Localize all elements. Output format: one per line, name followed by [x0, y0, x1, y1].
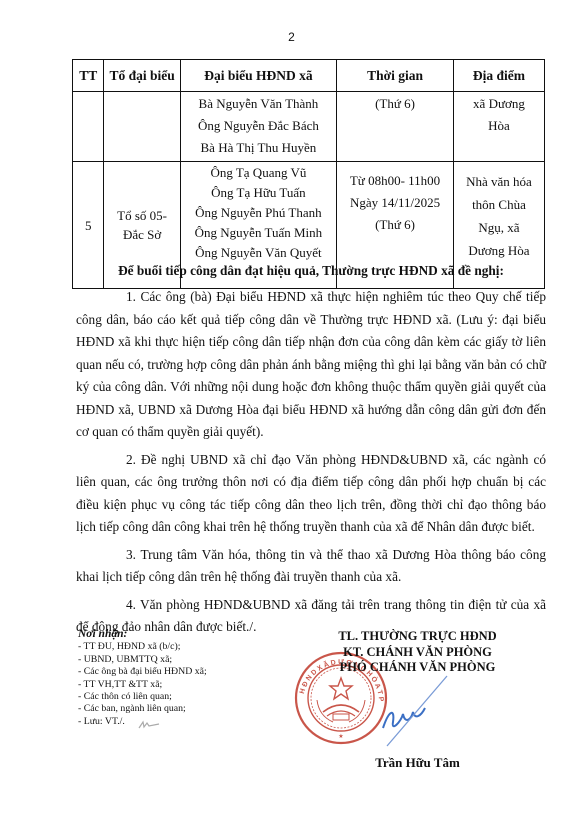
table-header-row: TT Tổ đại biểu Đại biểu HĐND xã Thời gia… — [73, 60, 545, 92]
delegate-name: Ông Nguyễn Phú Thanh — [183, 203, 334, 223]
recipient-item: - TT ĐU, HĐND xã (b/c); — [78, 641, 207, 653]
location-line: Nhà văn hóa — [456, 170, 542, 193]
location-line: xã Dương — [456, 93, 542, 115]
recipient-item: - Các thôn có liên quan; — [78, 691, 207, 703]
signer-name: Trần Hữu Tâm — [290, 755, 545, 771]
recipient-item: - UBND, UBMTTQ xã; — [78, 654, 207, 666]
recipients-list: Nơi nhận: - TT ĐU, HĐND xã (b/c); - UBND… — [78, 628, 207, 728]
delegate-name: Ông Nguyễn Tuấn Minh — [183, 223, 334, 243]
delegate-name: Ông Tạ Hữu Tuấn — [183, 183, 334, 203]
delegate-name: Bà Hà Thị Thu Huyền — [183, 137, 334, 159]
table-row: Bà Nguyễn Văn Thành Ông Nguyễn Đắc Bách … — [73, 92, 545, 162]
cell-to-dai-bieu — [104, 92, 180, 162]
group-line: Đắc Sở — [106, 225, 177, 244]
body-paragraphs: 1. Các ông (bà) Đại biểu HĐND xã thực hi… — [76, 286, 546, 639]
location-line: thôn Chùa — [456, 193, 542, 216]
intro-heading: Để buổi tiếp công dân đạt hiệu quả, Thườ… — [76, 263, 546, 279]
recipient-item: - Các ông bà đại biểu HĐND xã; — [78, 666, 207, 678]
delegate-name: Ông Nguyễn Đắc Bách — [183, 115, 334, 137]
cell-thoi-gian: (Thứ 6) — [337, 92, 454, 162]
location-line: Hòa — [456, 115, 542, 137]
sign-line-2: KT. CHÁNH VĂN PHÒNG — [290, 645, 545, 661]
time-line: (Thứ 6) — [339, 93, 451, 115]
header-tt: TT — [73, 60, 104, 92]
cell-dai-bieu: Bà Nguyễn Văn Thành Ông Nguyễn Đắc Bách … — [180, 92, 336, 162]
signature-block: TL. THƯỜNG TRỰC HĐND KT. CHÁNH VĂN PHÒNG… — [290, 629, 545, 676]
header-dai-bieu: Đại biểu HĐND xã — [180, 60, 336, 92]
signature-icon — [375, 670, 455, 750]
location-line: Dương Hòa — [456, 239, 542, 262]
recipients-title: Nơi nhận: — [78, 628, 207, 640]
group-line: Tổ số 05- — [106, 206, 177, 225]
header-thoi-gian: Thời gian — [337, 60, 454, 92]
delegate-name: Bà Nguyễn Văn Thành — [183, 93, 334, 115]
location-line: Ngụ, xã — [456, 216, 542, 239]
paragraph-1: 1. Các ông (bà) Đại biểu HĐND xã thực hi… — [76, 286, 546, 444]
delegate-name: Ông Tạ Quang Vũ — [183, 163, 334, 183]
initials-mark-icon — [137, 720, 161, 730]
page-number: 2 — [0, 30, 583, 44]
header-to-dai-bieu: Tổ đại biểu — [104, 60, 180, 92]
svg-text:★: ★ — [338, 733, 343, 740]
schedule-table: TT Tổ đại biểu Đại biểu HĐND xã Thời gia… — [72, 59, 545, 289]
sign-line-1: TL. THƯỜNG TRỰC HĐND — [290, 629, 545, 645]
recipient-item: - Các ban, ngành liên quan; — [78, 703, 207, 715]
paragraph-2: 2. Đề nghị UBND xã chỉ đạo Văn phòng HĐN… — [76, 449, 546, 539]
time-line: (Thứ 6) — [339, 214, 451, 236]
recipient-item: - TT VH,TT &TT xã; — [78, 679, 207, 691]
cell-dia-diem: xã Dương Hòa — [453, 92, 544, 162]
cell-tt — [73, 92, 104, 162]
paragraph-3: 3. Trung tâm Văn hóa, thông tin và thể t… — [76, 544, 546, 589]
delegate-name: Ông Nguyễn Văn Quyết — [183, 243, 334, 263]
sign-line-3: PHÓ CHÁNH VĂN PHÒNG — [290, 660, 545, 676]
header-dia-diem: Địa điểm — [453, 60, 544, 92]
time-line: Từ 08h00- 11h00 — [339, 170, 451, 192]
time-line: Ngày 14/11/2025 — [339, 192, 451, 214]
